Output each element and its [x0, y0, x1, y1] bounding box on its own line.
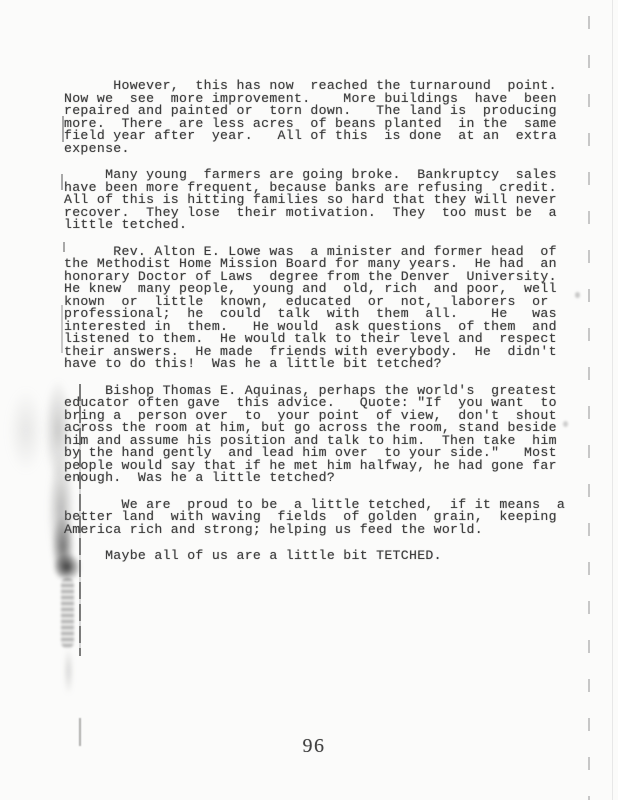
- scan-smudge-speckle: [61, 578, 74, 648]
- scan-speck: [575, 292, 580, 298]
- scanned-page: However, this has now reached the turnar…: [0, 0, 618, 800]
- paragraph: However, this has now reached the turnar…: [64, 80, 569, 155]
- paragraph: We are proud to be a little tetched, if …: [64, 499, 569, 537]
- scan-smudge-wisp: [8, 388, 44, 473]
- typewritten-text: However, this has now reached the turnar…: [64, 80, 569, 577]
- scan-dashed-line-right: [588, 16, 590, 800]
- scan-page-edge-right: [612, 0, 613, 800]
- text-line: expense.: [64, 143, 569, 156]
- paragraph: Many young farmers are going broke. Bank…: [64, 169, 569, 232]
- text-line: enough. Was he a little tetched?: [64, 472, 569, 485]
- scan-margin-tick: [61, 305, 63, 353]
- text-line: America rich and strong; helping us feed…: [64, 524, 569, 537]
- text-line: little tetched.: [64, 219, 569, 232]
- text-line: have to do this! Was he a little bit tet…: [64, 358, 569, 371]
- page-number: 96: [0, 735, 618, 758]
- scan-margin-tick: [61, 174, 63, 190]
- text-line: field year after year. All of this is do…: [64, 130, 569, 143]
- paragraph: Maybe all of us are a little bit TETCHED…: [64, 550, 569, 563]
- paragraph: Rev. Alton E. Lowe was a minister and fo…: [64, 246, 569, 371]
- paragraph: Bishop Thomas E. Aquinas, perhaps the wo…: [64, 385, 569, 485]
- scan-smudge-tail: [64, 648, 73, 694]
- text-line: Maybe all of us are a little bit TETCHED…: [64, 550, 569, 563]
